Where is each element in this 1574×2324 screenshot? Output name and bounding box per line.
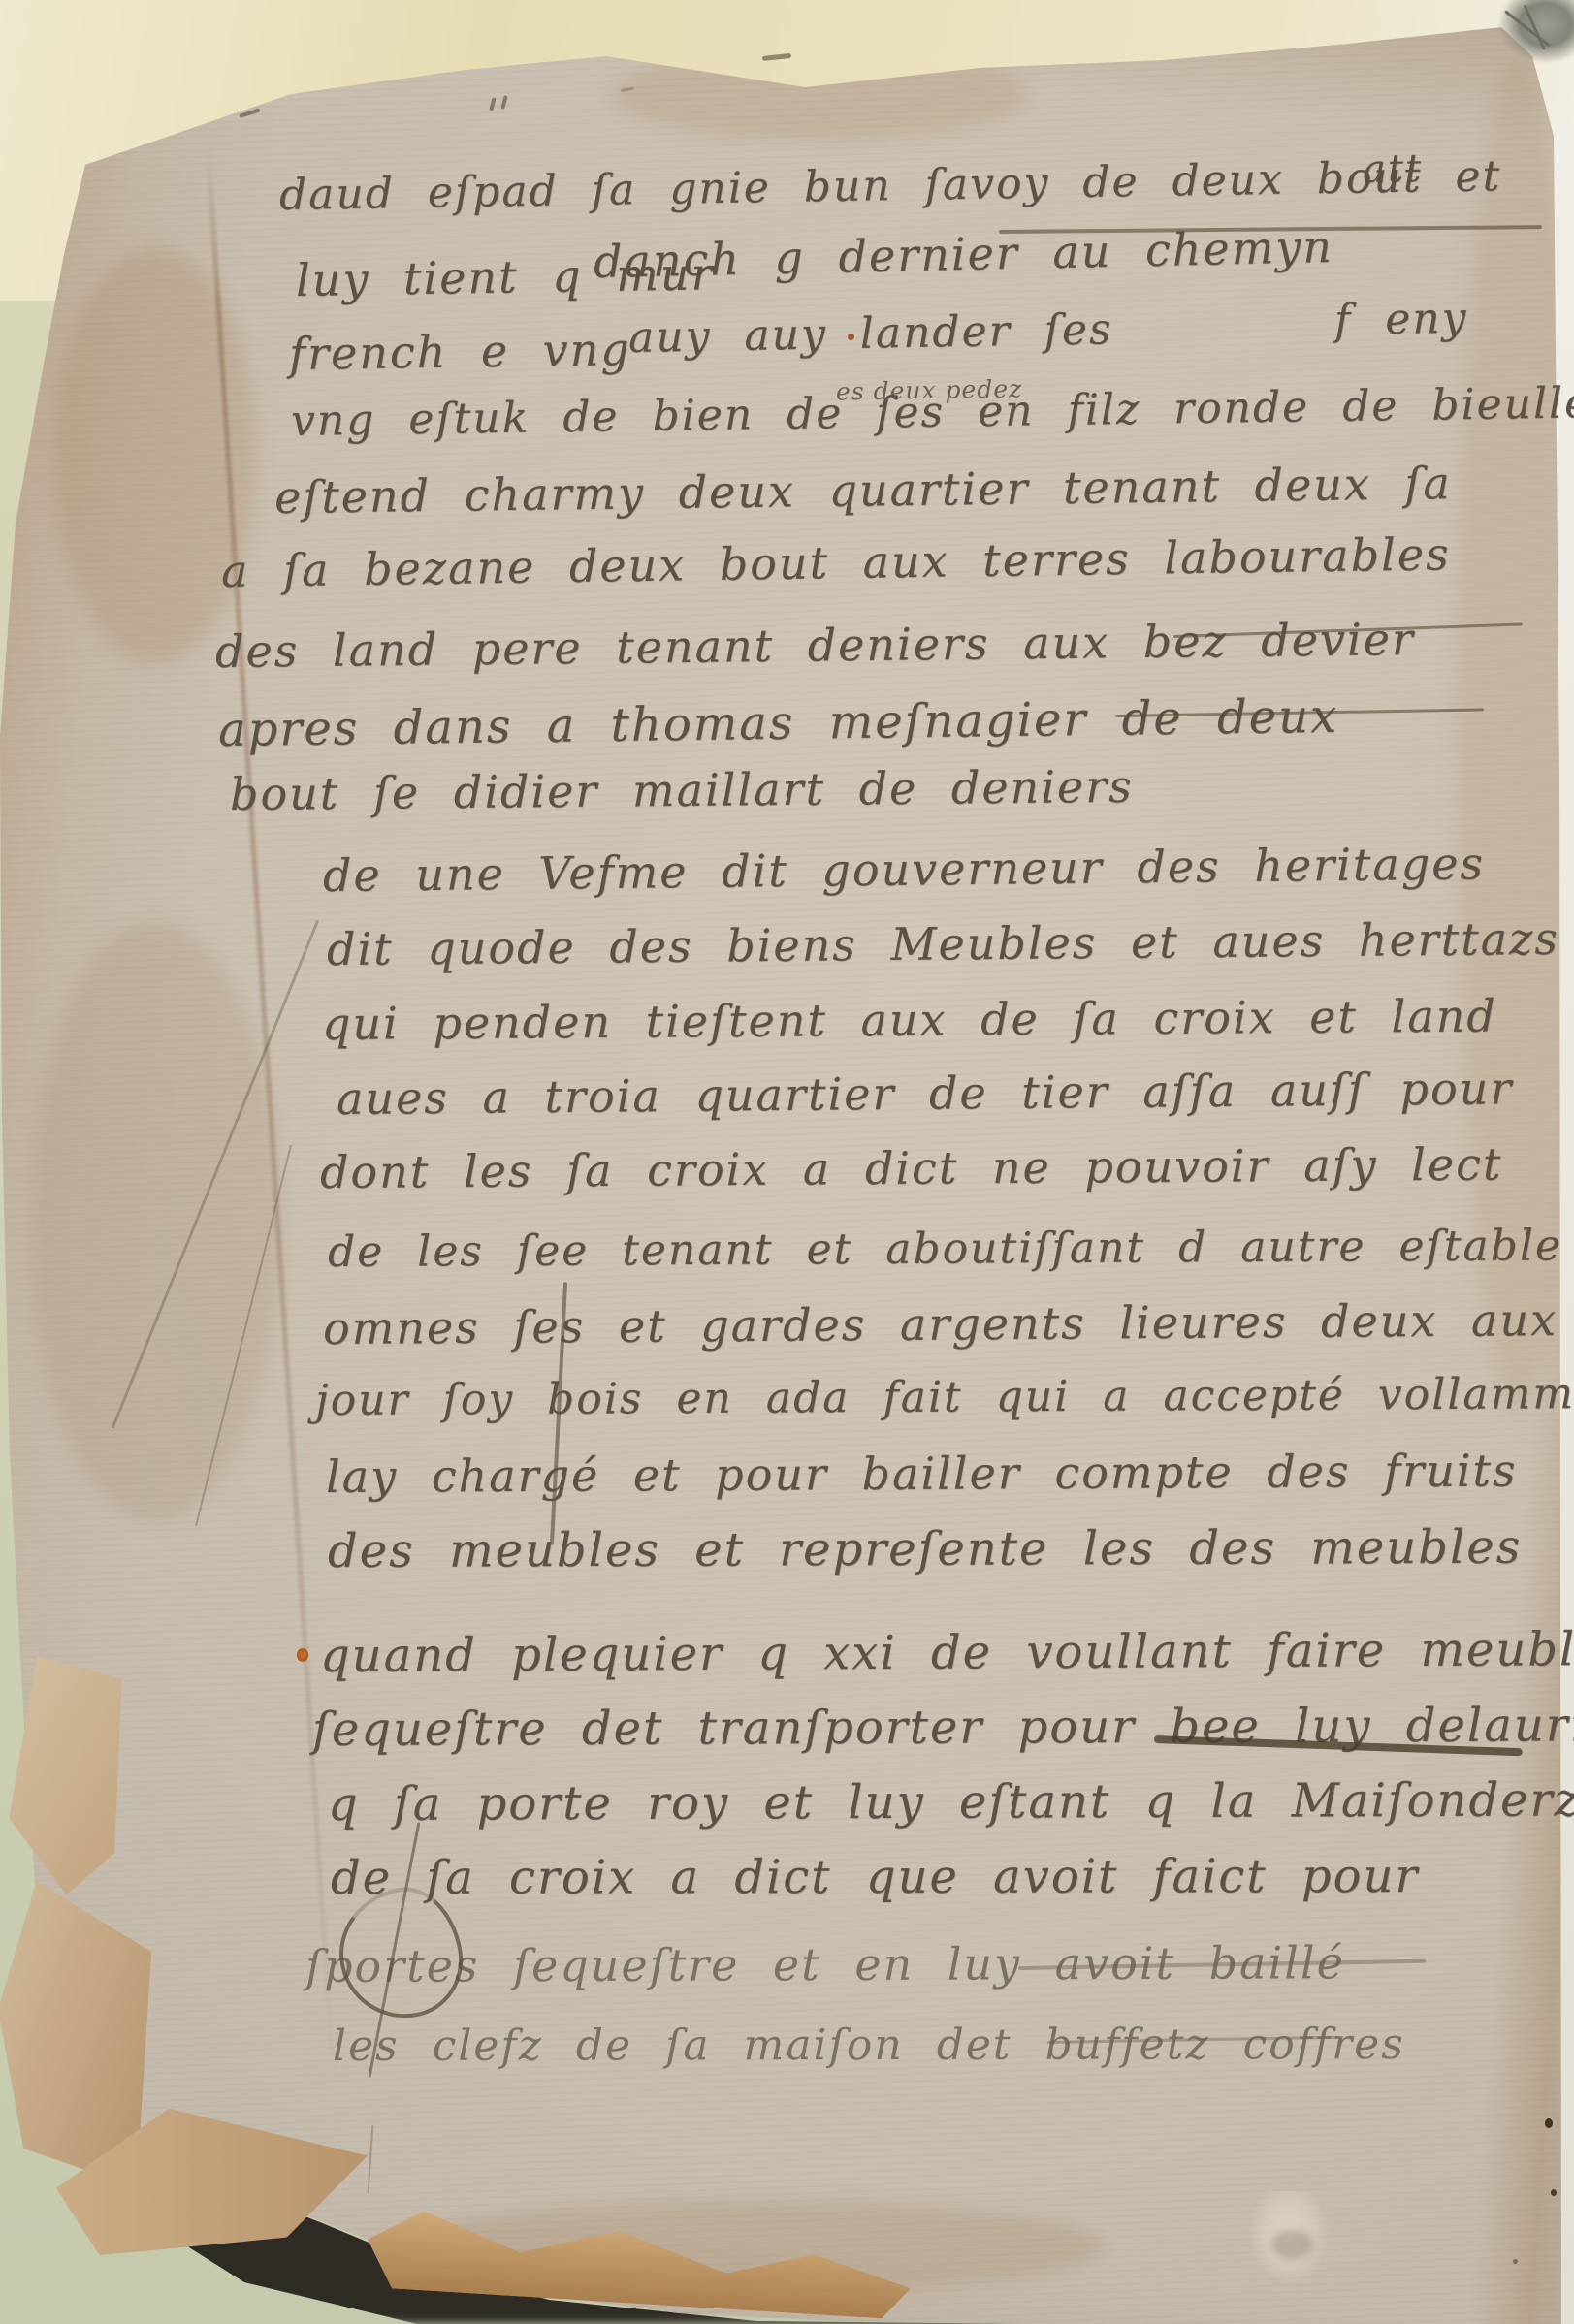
- ink-speck: [1545, 2118, 1553, 2128]
- orange-speck: [297, 1648, 308, 1662]
- rust-speck: [848, 334, 854, 340]
- manuscript-line: omnes ſes et gardes argents lieures deux…: [323, 1293, 1558, 1354]
- manuscript-line: de les ſee tenant et aboutiſſant d autre…: [328, 1221, 1562, 1277]
- manuscript-line: jour ſoy bois en ada fait qui a accepté …: [315, 1369, 1574, 1425]
- photograph-of-manuscript: daud eſpad ſa gnie bun ſavoy de deux bou…: [0, 0, 1574, 2324]
- manuscript-line: dont les ſa croix a dict ne pouvoir aſy …: [320, 1137, 1503, 1198]
- ink-speck: [1551, 2189, 1557, 2196]
- manuscript-line: bout ſe didier maillart de deniers: [230, 760, 1134, 820]
- paper-blemish-shadow: [1272, 2230, 1313, 2259]
- manuscript-line: des meubles et repreſente les des meuble…: [328, 1520, 1522, 1578]
- ink-speck: [1513, 2259, 1518, 2264]
- damp-stain: [29, 921, 281, 1522]
- manuscript-line: lay chargé et pour bailler compte des fr…: [326, 1445, 1518, 1503]
- manuscript-line: quand plequier q xxi de voullant faire m…: [320, 1622, 1574, 1683]
- manuscript-line: dit quode des biens Meubles et aues hert…: [327, 912, 1559, 975]
- manuscript-line: aues a troia quartier de tier aſſa auſſ …: [337, 1062, 1514, 1125]
- manuscript-line: qui penden tieſtent aux de ſa croix et l…: [322, 990, 1497, 1050]
- manuscript-line: f eny: [1334, 294, 1468, 345]
- manuscript-line: les clefz de ſa maiſon det buffetz coffr…: [333, 2020, 1405, 2071]
- manuscript-line: q ſa porte roy et luy eſtant q la Maiſon…: [328, 1772, 1574, 1831]
- manuscript-line: auy auy lander ſes: [628, 304, 1113, 363]
- manuscript-line: french e vng: [289, 323, 632, 380]
- manuscript-line: att: [1363, 146, 1424, 192]
- manuscript-line: de ſa croix a dict que avoit faict pour: [331, 1849, 1419, 1905]
